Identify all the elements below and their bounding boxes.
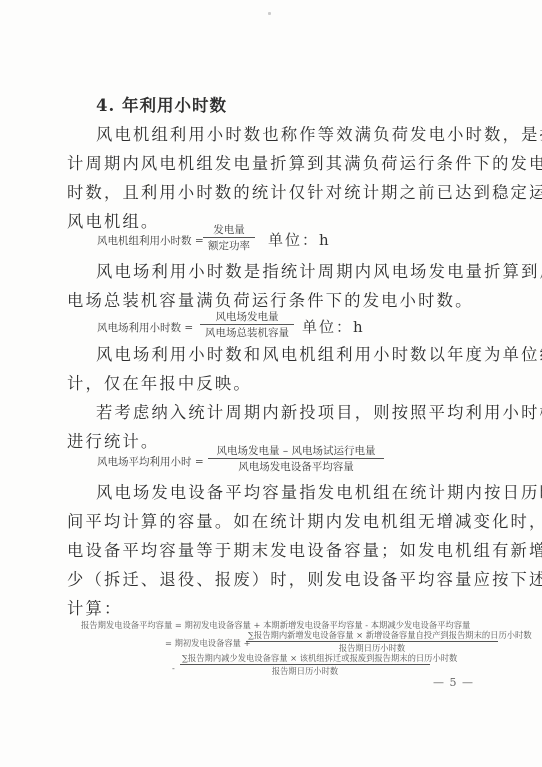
page-number: — 5 — [433, 676, 474, 689]
formula-1-denominator: 额定功率 [203, 238, 255, 253]
formula-4-denominator-2: 报告期日历小时数 [180, 665, 430, 677]
formula-3-numerator: 风电场发电量 – 风电场试运行电量 [208, 443, 384, 458]
formula-1-lhs: 风电机组利用小时数 = [97, 233, 204, 248]
paragraph-1-line-1: 风电机组利用小时数也称作等效满负荷发电小时数，是指统 [96, 125, 485, 145]
formula-2-unit: 单位：h [302, 316, 365, 337]
paragraph-5-line-5: 计算： [67, 599, 485, 619]
formula-3-lhs: 风电场平均利用小时 = [97, 454, 204, 469]
paragraph-5-line-2: 间平均计算的容量。如在统计期内发电机组无增减变化时，则发 [67, 512, 485, 532]
formula-2-numerator: 风电场发电量 [200, 309, 294, 324]
paragraph-2-line-1: 风电场利用小时数是指统计周期内风电场发电量折算到风 [96, 262, 485, 282]
formula-3-denominator: 风电场发电设备平均容量 [208, 459, 384, 474]
formula-2-fraction: 风电场发电量 风电场总装机容量 [200, 309, 294, 340]
paragraph-4-line-1: 若考虑纳入统计周期内新投项目，则按照平均利用小时概念 [96, 403, 485, 423]
formula-4-numerator-2: ∑报告期内减少发电设备容量 × 该机组拆迁或报废到报告期末的日历小时数 [180, 652, 430, 664]
formula-3-fraction: 风电场发电量 – 风电场试运行电量 风电场发电设备平均容量 [208, 443, 384, 474]
formula-4-numerator-1: ∑报告期内新增发电设备容量 × 新增设备容量自投产到报告期末的日历小时数 [246, 629, 498, 641]
section-heading: 4. 年利用小时数 [96, 96, 514, 116]
section-number: 4. [96, 96, 115, 115]
formula-4-line-3-prefix: - [172, 663, 175, 673]
formula-1-fraction: 发电量 额定功率 [203, 222, 255, 253]
paragraph-3-line-2: 计，仅在年报中反映。 [67, 374, 485, 394]
formula-4-fraction-2: ∑报告期内减少发电设备容量 × 该机组拆迁或报废到报告期末的日历小时数 报告期日… [180, 652, 430, 677]
formula-2-lhs: 风电场利用小时数 = [97, 320, 193, 335]
paragraph-5-line-4: 少（拆迁、退役、报废）时，则发电设备平均容量应按下述方法 [67, 570, 485, 590]
section-title: 年利用小时数 [122, 96, 227, 115]
paragraph-5-line-1: 风电场发电设备平均容量指发电机组在统计期内按日历时 [96, 483, 485, 503]
paragraph-5-line-3: 电设备平均容量等于期末发电设备容量；如发电机组有新增或减 [67, 541, 485, 561]
formula-4-fraction-1: ∑报告期内新增发电设备容量 × 新增设备容量自投产到报告期末的日历小时数 报告期… [246, 629, 498, 654]
paragraph-1-line-3: 时数，且利用小时数的统计仅针对统计期之前已达到稳定运行的 [67, 183, 485, 203]
formula-2-denominator: 风电场总装机容量 [200, 325, 294, 340]
formula-4-line-2-prefix: = 期初发电设备容量 + [165, 637, 251, 649]
paragraph-2-line-2: 电场总装机容量满负荷运行条件下的发电小时数。 [67, 291, 485, 311]
paragraph-1-line-2: 计周期内风电机组发电量折算到其满负荷运行条件下的发电小 [67, 154, 485, 174]
paragraph-3-line-1: 风电场利用小时数和风电机组利用小时数以年度为单位统 [96, 345, 485, 365]
formula-1-unit: 单位：h [268, 229, 331, 250]
formula-1-numerator: 发电量 [203, 222, 255, 237]
scan-speck [268, 12, 271, 15]
